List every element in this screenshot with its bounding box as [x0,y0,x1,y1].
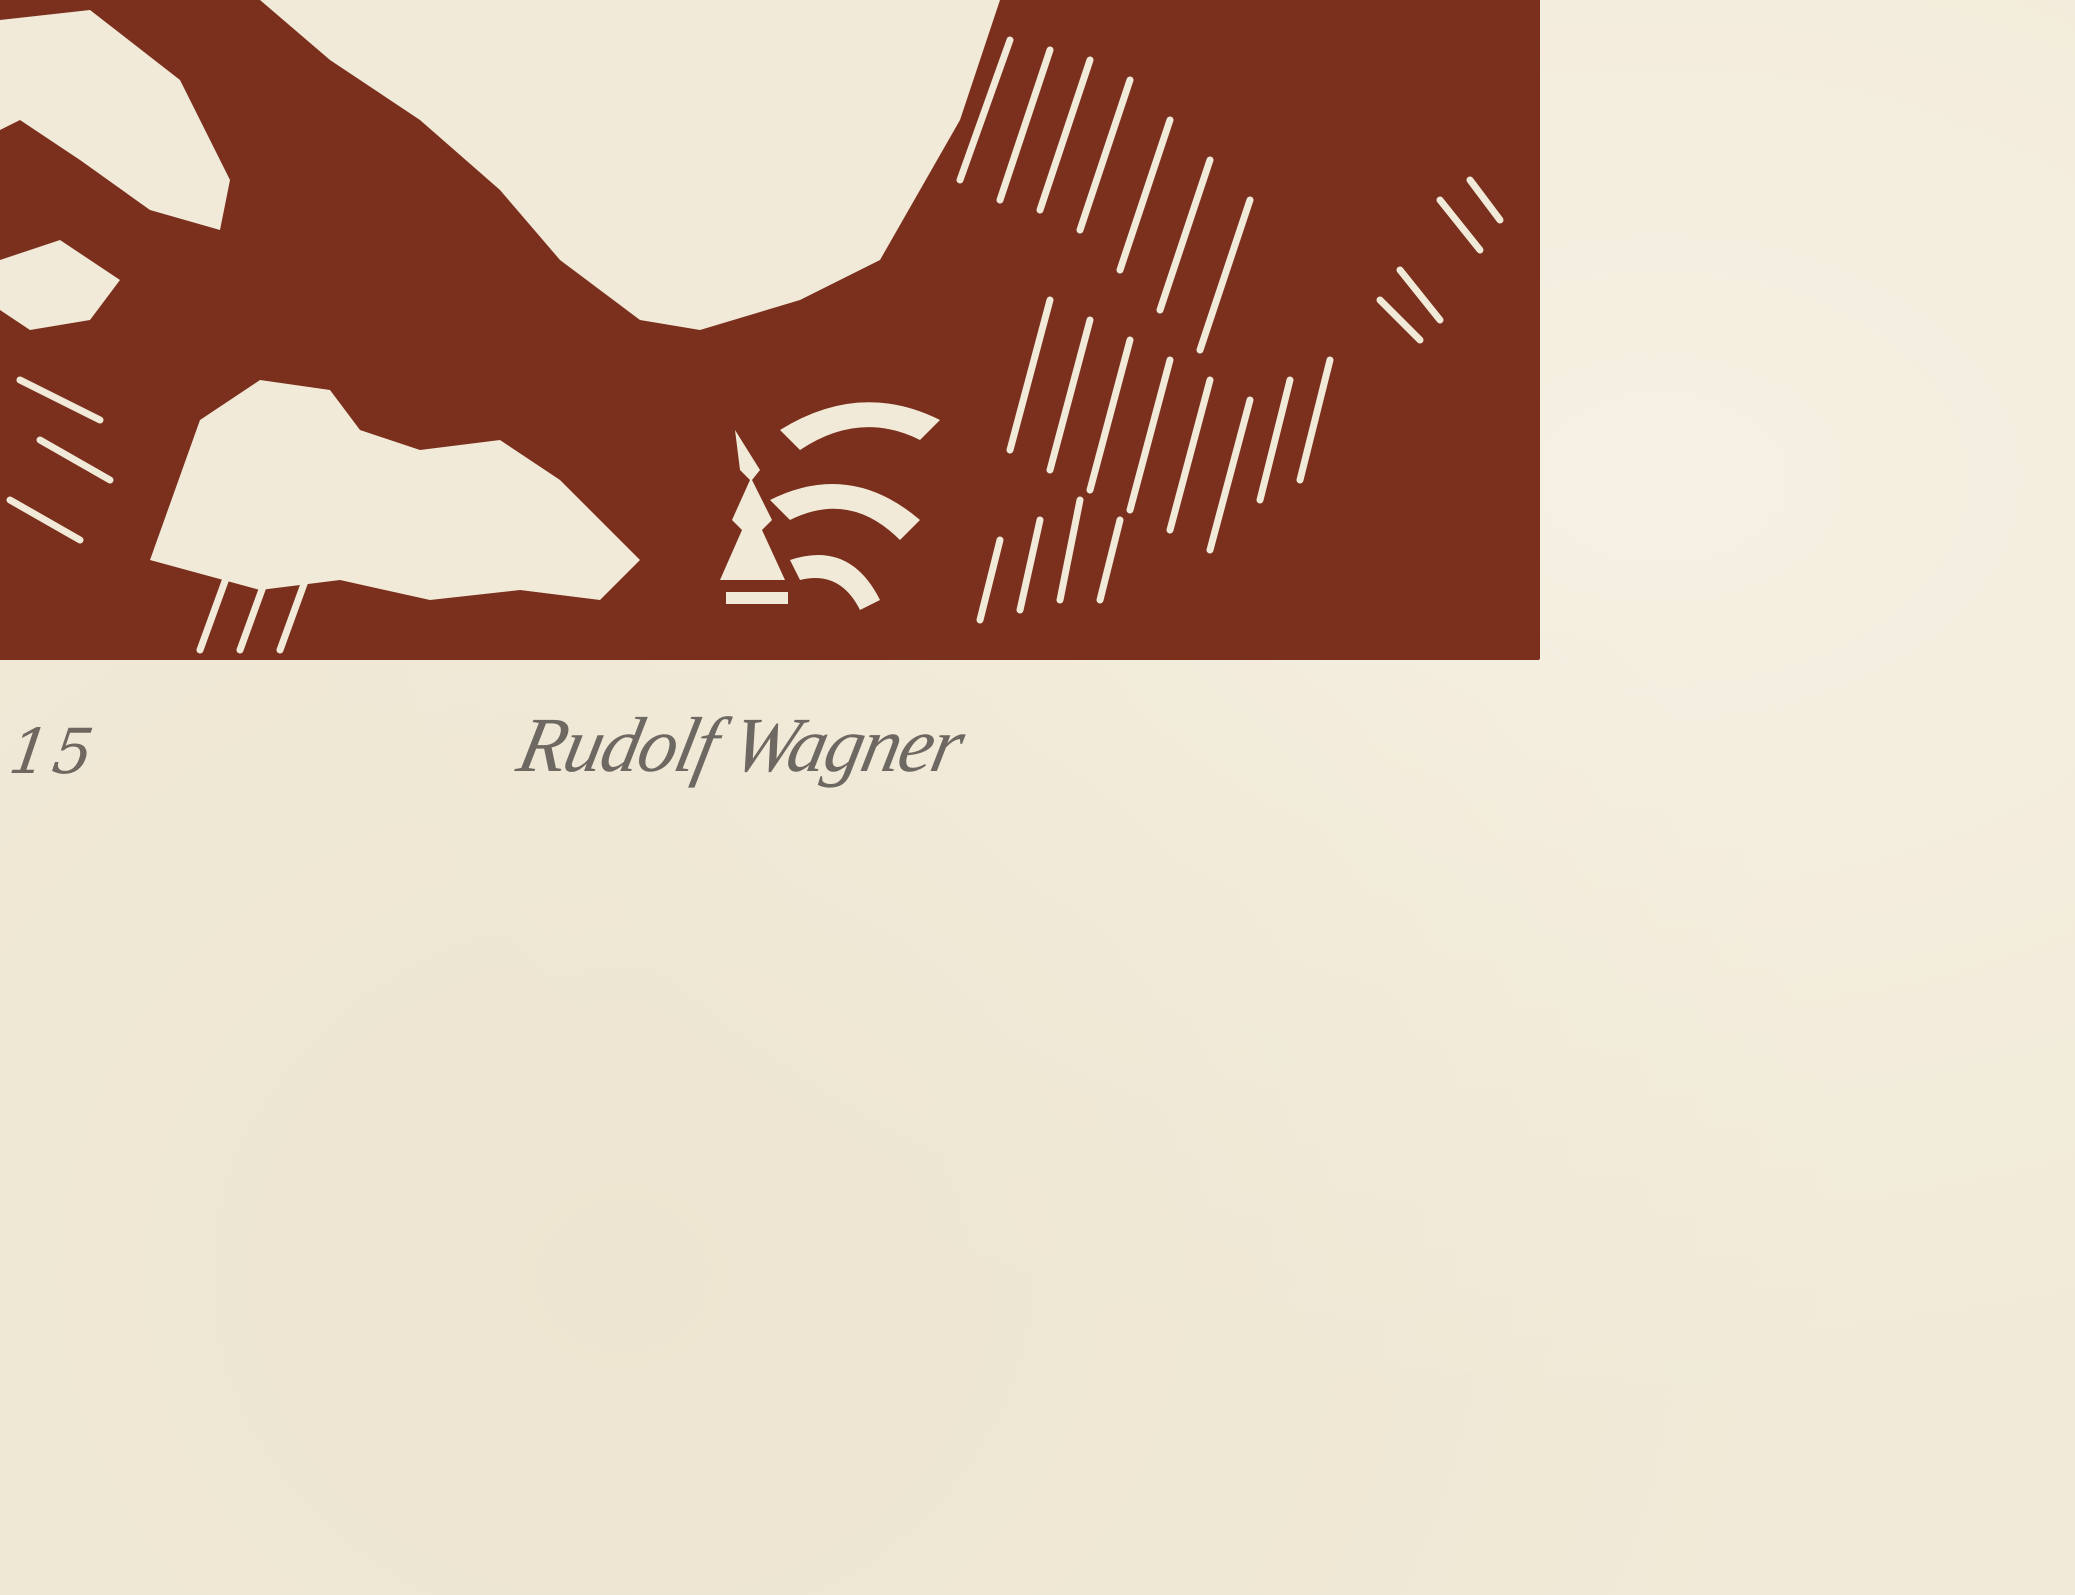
artist-signature: Rudolf Wagner [510,700,970,790]
carved-lines-illustration [0,0,1540,660]
edition-number: 15 [5,715,102,788]
woodcut-image-block [0,0,1540,660]
